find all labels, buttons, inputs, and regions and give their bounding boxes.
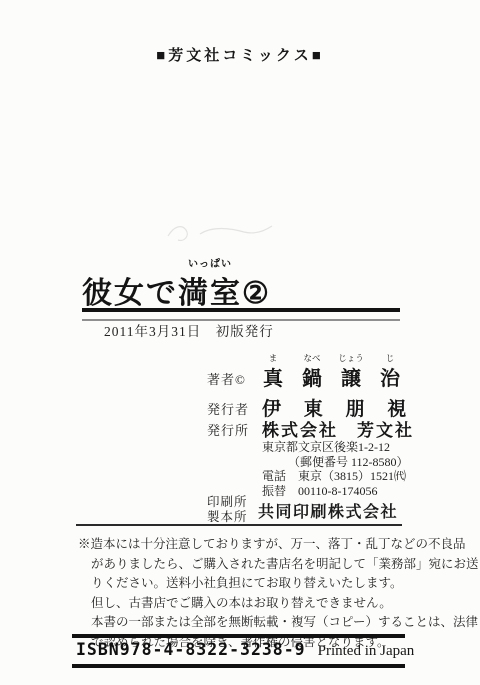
- postal-code-line: （郵便番号 112-8580）: [288, 455, 409, 470]
- title-furigana: いっぱい: [188, 255, 232, 270]
- author-furigana: なべ: [303, 352, 320, 364]
- volume-number: ②: [242, 277, 271, 310]
- footer-top-rule: [72, 634, 405, 638]
- publisher-address: 東京都文京区後楽1-2-12 （郵便番号 112-8580） 電話 東京（381…: [262, 440, 409, 498]
- notes-line: りください。送料小社負担にてお取り替えいたします。: [91, 574, 408, 594]
- title-text-pre: 彼女で: [82, 277, 178, 310]
- publisher-label: 発行所: [207, 420, 249, 439]
- author-char: ま真: [262, 362, 284, 391]
- imprint-header: ■芳文社コミックス■: [0, 44, 480, 65]
- transfer-account-line: 振替 00110-8-174056: [262, 484, 409, 499]
- title-text-base: 満室: [178, 277, 242, 310]
- author-furigana: ま: [269, 352, 278, 364]
- isbn-number: ISBN978-4-8322-3238-9: [76, 640, 306, 659]
- printed-in-japan: Printed in Japan: [318, 643, 415, 659]
- author-label: 著者©: [207, 369, 246, 388]
- phone-line: 電話 東京（3815）1521㈹: [262, 469, 409, 484]
- notes-line: ※造本には十分注意しておりますが、万一、落丁・乱丁などの不良品: [78, 535, 408, 555]
- colophon-page: ■芳文社コミックス■ 彼女でいっぱい満室② 2011年3月31日 初版発行 著者…: [0, 0, 480, 685]
- printer-name: 共同印刷株式会社: [258, 499, 398, 522]
- author-char: じょう譲: [340, 362, 362, 391]
- publisher-person-label: 発行者: [207, 399, 249, 418]
- printer-labels: 印刷所 製本所: [207, 495, 248, 525]
- author-char: じ治: [379, 362, 401, 391]
- isbn-line: ISBN978-4-8322-3238-9Printed in Japan: [76, 640, 414, 660]
- title-ruby-group: いっぱい満室: [178, 268, 242, 312]
- binder-label: 製本所: [207, 510, 248, 525]
- author-name: ま真 なべ鍋 じょう譲 じ治: [262, 362, 414, 391]
- author-char: なべ鍋: [301, 362, 323, 391]
- notes-divider-rule: [76, 524, 402, 526]
- footer-bottom-rule: [72, 664, 405, 668]
- notes-line: 本書の一部または全部を無断転載・複写（コピー）することは、法律: [91, 613, 408, 633]
- scan-scratch-artifact: [160, 216, 280, 250]
- address-line: 東京都文京区後楽1-2-12: [262, 440, 409, 455]
- notes-line: 但し、古書店でご購入の本はお取り替えできません。: [91, 594, 408, 614]
- notes-line: がありましたら、ご購入された書店名を明記して「業務部」宛にお送: [91, 555, 408, 575]
- author-furigana: じ: [386, 352, 395, 364]
- printer-label: 印刷所: [207, 495, 248, 510]
- publisher-name: 株式会社 芳文社: [262, 416, 414, 441]
- edition-date: 2011年3月31日 初版発行: [104, 320, 274, 340]
- author-furigana: じょう: [338, 352, 364, 364]
